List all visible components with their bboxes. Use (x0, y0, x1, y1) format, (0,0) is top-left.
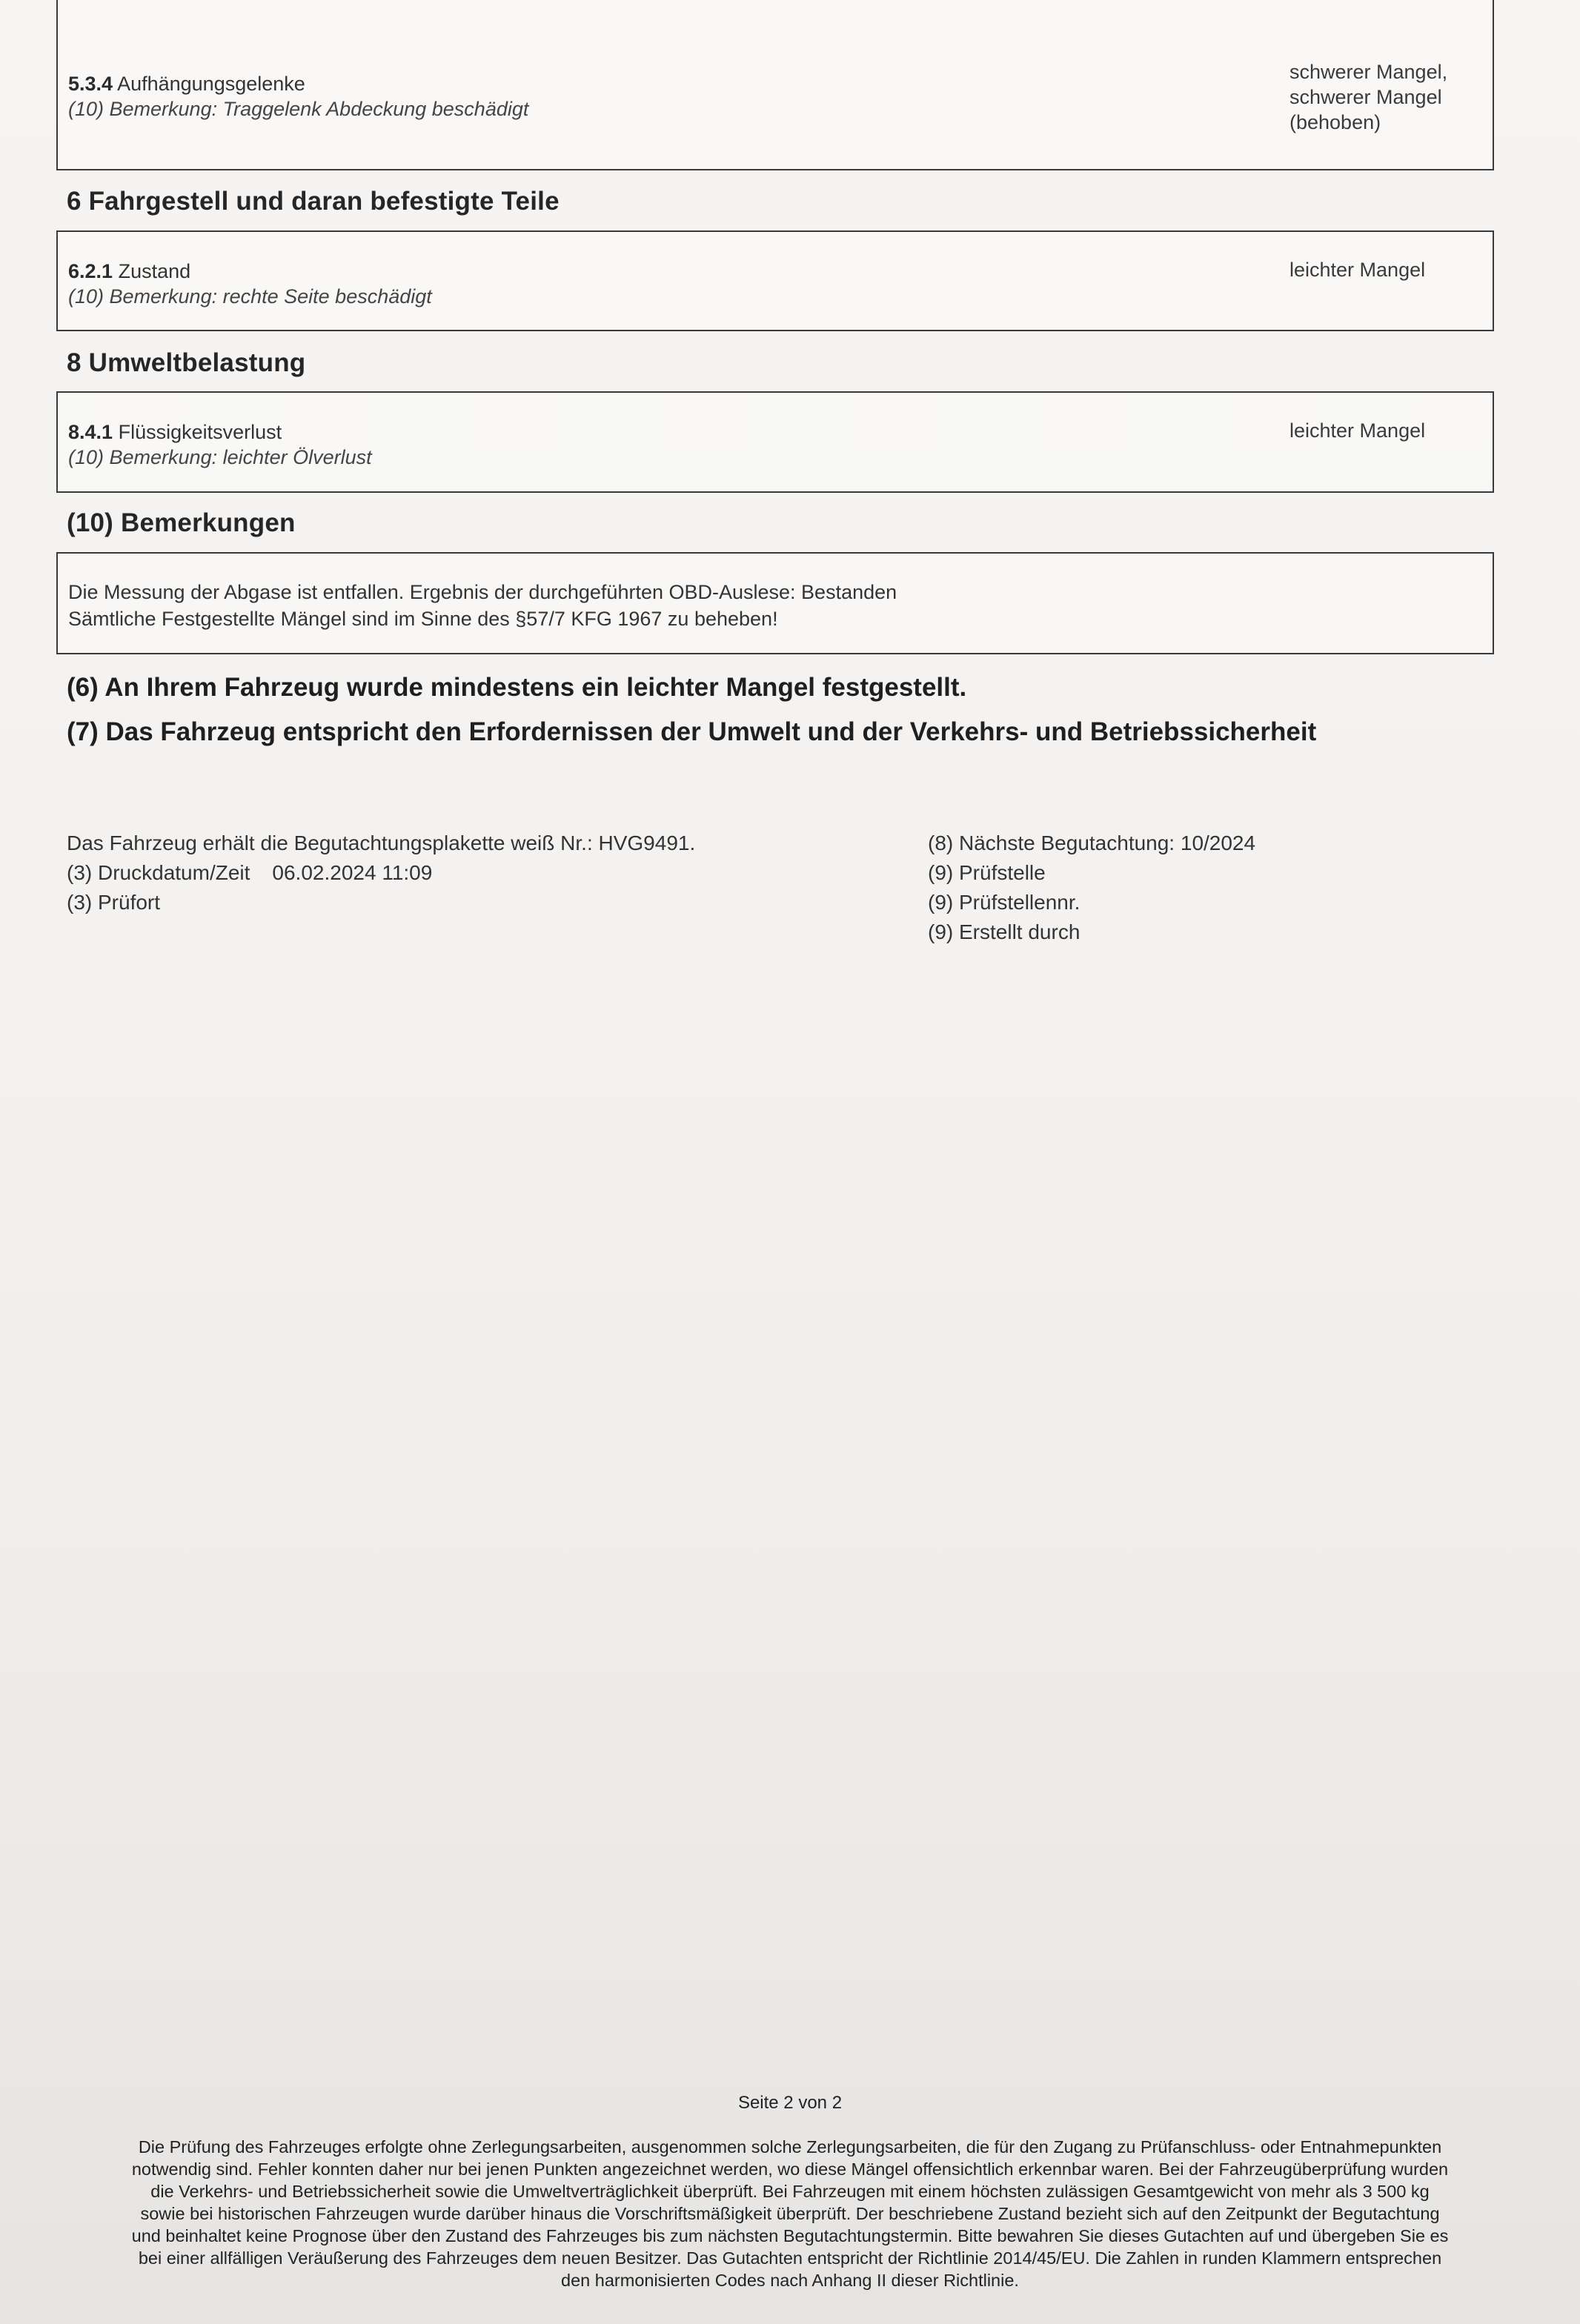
defect-severity: leichter Mangel (1289, 418, 1425, 443)
defect-remark: (10) Bemerkung: Traggelenk Abdeckung bes… (68, 96, 528, 122)
defect-box-6-2-1: 6.2.1 Zustand (10) Bemerkung: rechte Sei… (56, 230, 1494, 331)
defect-remark: (10) Bemerkung: rechte Seite beschädigt (68, 284, 432, 309)
remark-line: Die Messung der Abgase ist entfallen. Er… (68, 579, 897, 605)
defect-severity: leichter Mangel (1289, 257, 1425, 282)
inspection-location-label: (3) Prüfort (67, 888, 695, 917)
disclaimer-line: Die Prüfung des Fahrzeuges erfolgte ohne… (71, 2136, 1509, 2158)
statement-vehicle-compliant: (7) Das Fahrzeug entspricht den Erforder… (67, 717, 1316, 747)
defect-code: 5.3.4 (68, 73, 113, 95)
print-date-label: (3) Druckdatum/Zeit (67, 861, 250, 884)
print-date-value: 06.02.2024 11:09 (272, 861, 432, 884)
statement-defect-found: (6) An Ihrem Fahrzeug wurde mindestens e… (67, 673, 966, 703)
disclaimer-line: sowie bei historischen Fahrzeugen wurde … (71, 2202, 1509, 2225)
disclaimer-line: notwendig sind. Fehler konnten daher nur… (71, 2158, 1509, 2180)
remark-line: Sämtliche Festgestellte Mängel sind im S… (68, 605, 897, 632)
remarks-box: Die Messung der Abgase ist entfallen. Er… (56, 552, 1494, 654)
meta-left: Das Fahrzeug erhält die Begutachtungspla… (67, 829, 695, 917)
meta-right: (8) Nächste Begutachtung: 10/2024 (9) Pr… (928, 829, 1255, 947)
defect-code: 8.4.1 (68, 421, 113, 443)
print-date-row: (3) Druckdatum/Zeit06.02.2024 11:09 (67, 858, 695, 888)
defect-title: Zustand (119, 260, 191, 282)
disclaimer-line: bei einer allfälligen Veräußerung des Fa… (71, 2247, 1509, 2269)
remarks-heading: (10) Bemerkungen (67, 508, 296, 538)
defect-title: Flüssigkeitsverlust (119, 421, 282, 443)
legal-disclaimer: Die Prüfung des Fahrzeuges erfolgte ohne… (71, 2136, 1509, 2291)
defect-description: 8.4.1 Flüssigkeitsverlust (10) Bemerkung… (68, 419, 372, 470)
defect-remark: (10) Bemerkung: leichter Ölverlust (68, 445, 372, 470)
remarks-text: Die Messung der Abgase ist entfallen. Er… (68, 579, 897, 632)
disclaimer-line: die Verkehrs- und Betriebssicherheit sow… (71, 2180, 1509, 2202)
next-inspection: (8) Nächste Begutachtung: 10/2024 (928, 829, 1255, 858)
defect-box-5-3-4: 5.3.4 Aufhängungsgelenke (10) Bemerkung:… (56, 0, 1494, 170)
defect-code: 6.2.1 (68, 260, 113, 282)
defect-severity: schwerer Mangel, schwerer Mangel (behobe… (1289, 59, 1447, 135)
defect-description: 6.2.1 Zustand (10) Bemerkung: rechte Sei… (68, 259, 432, 309)
defect-title: Aufhängungsgelenke (117, 73, 305, 95)
page-number: Seite 2 von 2 (0, 2093, 1580, 2114)
defect-box-8-4-1: 8.4.1 Flüssigkeitsverlust (10) Bemerkung… (56, 391, 1494, 493)
plakette-info: Das Fahrzeug erhält die Begutachtungspla… (67, 829, 695, 858)
inspection-report-page: 5.3.4 Aufhängungsgelenke (10) Bemerkung:… (0, 0, 1580, 2324)
disclaimer-line: den harmonisierten Codes nach Anhang II … (71, 2269, 1509, 2291)
inspection-station-number-label: (9) Prüfstellennr. (928, 888, 1255, 917)
section-heading-6: 6 Fahrgestell und daran befestigte Teile (67, 187, 560, 216)
inspection-station-label: (9) Prüfstelle (928, 858, 1255, 888)
created-by-label: (9) Erstellt durch (928, 917, 1255, 947)
defect-description: 5.3.4 Aufhängungsgelenke (10) Bemerkung:… (68, 71, 528, 122)
section-heading-8: 8 Umweltbelastung (67, 348, 305, 378)
disclaimer-line: und beinhaltet keine Prognose über den Z… (71, 2225, 1509, 2247)
